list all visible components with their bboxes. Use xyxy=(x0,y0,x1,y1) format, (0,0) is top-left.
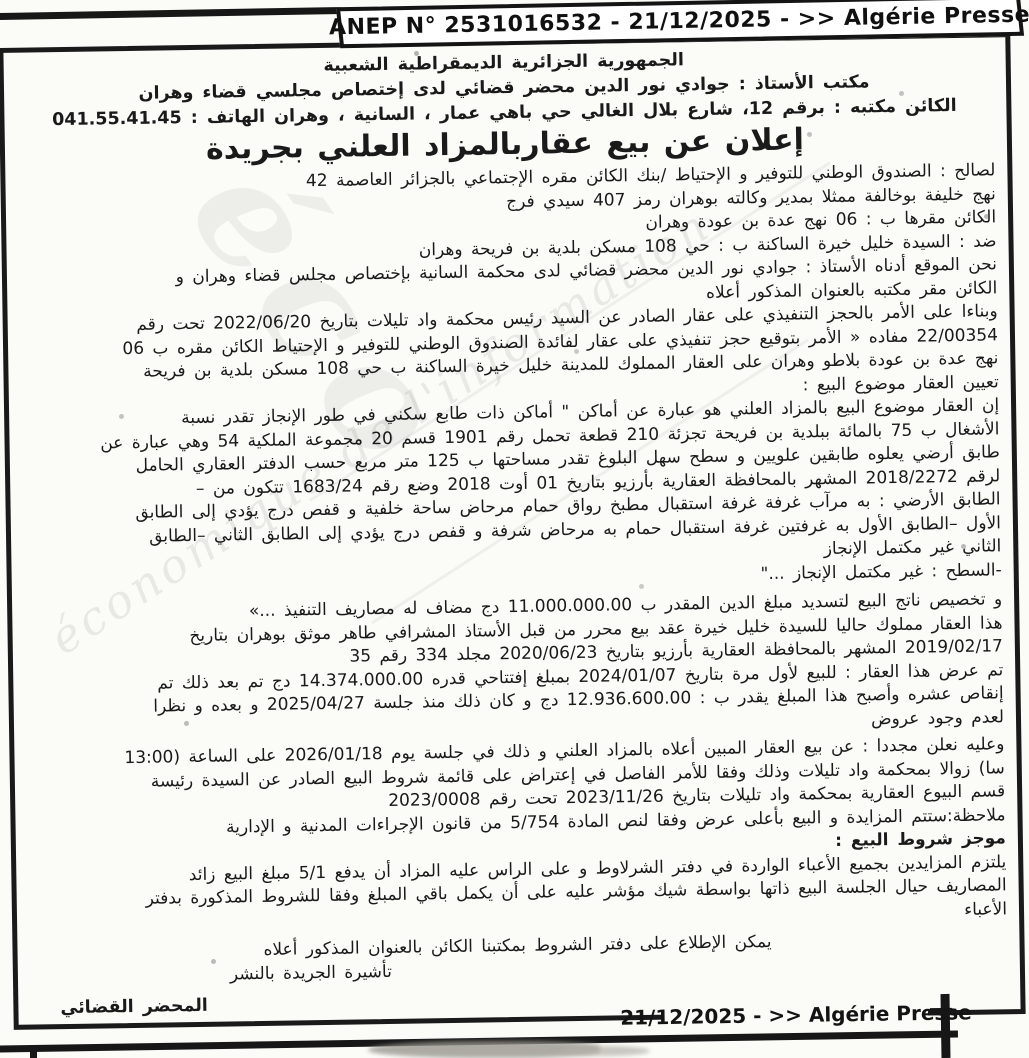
anep-banner-text: ANEP N° 2531016532 - 21/12/2025 - >> Alg… xyxy=(329,3,1029,41)
previous-frame-rule xyxy=(0,7,342,20)
announcement-content: الجمهورية الجزائرية الديمقراطية الشعبية … xyxy=(3,37,1020,1021)
announcement-frame: الجمهورية الجزائرية الديمقراطية الشعبية … xyxy=(0,32,1026,1030)
scan-blob xyxy=(560,1046,650,1056)
footer-date: 21/12/2025 - >> Algérie Presse xyxy=(664,998,928,1032)
footer-date-dash xyxy=(930,1008,952,1015)
scanned-newspaper-page: éco économique de l'information ANEP N° … xyxy=(0,0,1029,1058)
next-frame-left-rule xyxy=(30,1049,37,1058)
scan-specks xyxy=(0,0,3,3)
